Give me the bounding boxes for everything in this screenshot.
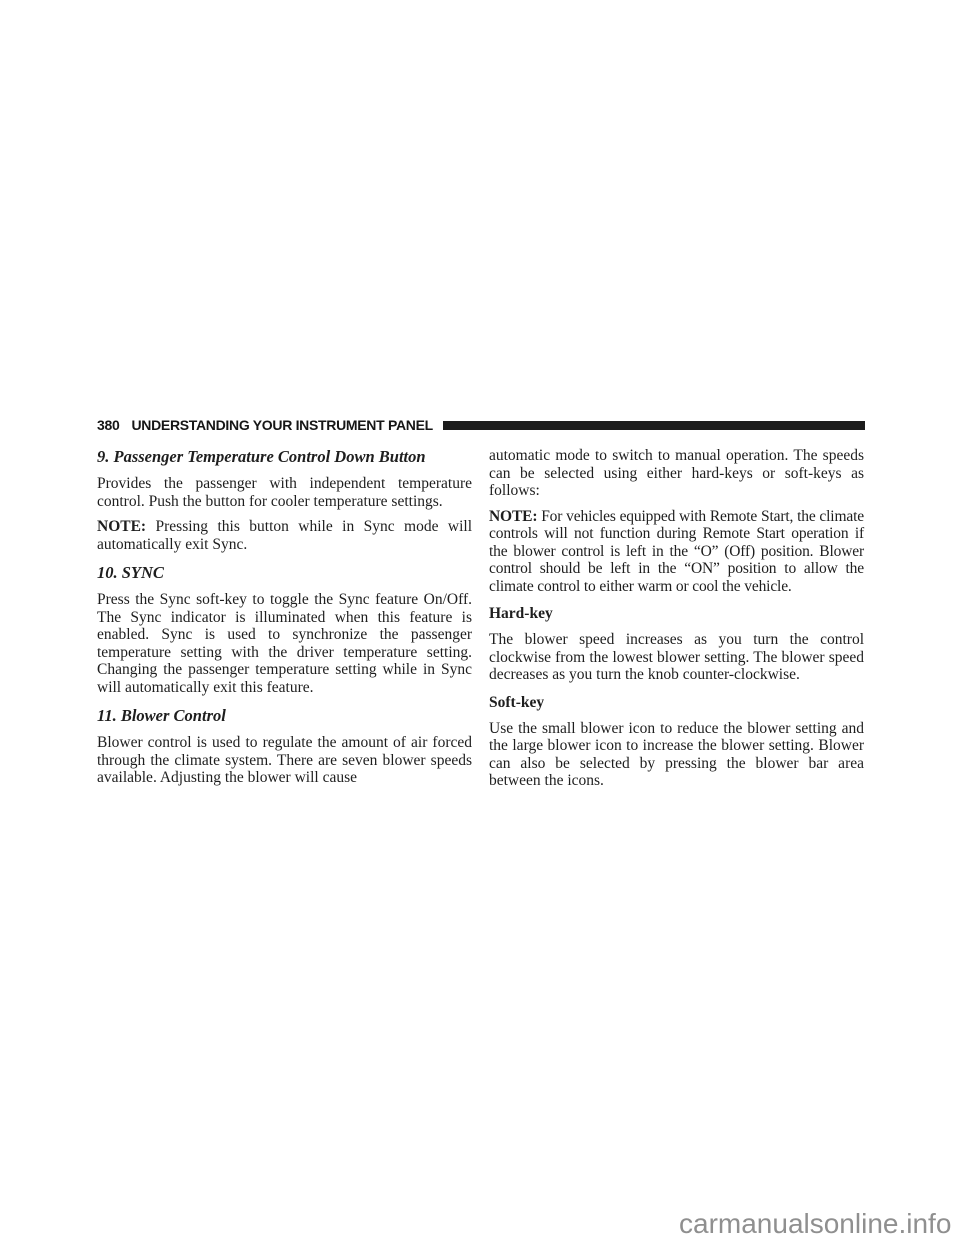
section-11-paragraph: Blower control is used to regulate the a… [97,734,472,787]
section-10-paragraph: Press the Sync soft-key to toggle the Sy… [97,591,472,696]
section-9-heading: 9. Passenger Temperature Control Down Bu… [97,447,472,466]
section-11-heading: 11. Blower Control [97,706,472,725]
left-column: 9. Passenger Temperature Control Down Bu… [97,447,472,798]
page-body: 9. Passenger Temperature Control Down Bu… [97,447,864,798]
note-text: For vehicles equipped with Remote Start,… [489,508,864,595]
hard-key-paragraph: The blower speed increases as you turn t… [489,631,864,684]
watermark-text: carmanualsonline.info [679,1209,951,1239]
section-9-paragraph: Provides the passenger with independent … [97,475,472,510]
page-header: 380 UNDERSTANDING YOUR INSTRUMENT PANEL [97,417,865,433]
chapter-title: UNDERSTANDING YOUR INSTRUMENT PANEL [131,417,432,433]
hard-key-heading: Hard-key [489,605,864,623]
soft-key-heading: Soft-key [489,694,864,712]
section-9-note: NOTE: Pressing this button while in Sync… [97,518,472,553]
note-label: NOTE: [97,518,146,535]
blower-note: NOTE: For vehicles equipped with Remote … [489,508,864,596]
page-number: 380 [97,417,119,433]
right-column: automatic mode to switch to manual opera… [489,447,864,798]
soft-key-paragraph: Use the small blower icon to reduce the … [489,720,864,790]
note-text: Pressing this button while in Sync mode … [97,518,472,553]
header-rule-bar [443,421,865,430]
section-10-heading: 10. SYNC [97,563,472,582]
section-11-continuation-paragraph: automatic mode to switch to manual opera… [489,447,864,500]
note-label: NOTE: [489,508,537,525]
